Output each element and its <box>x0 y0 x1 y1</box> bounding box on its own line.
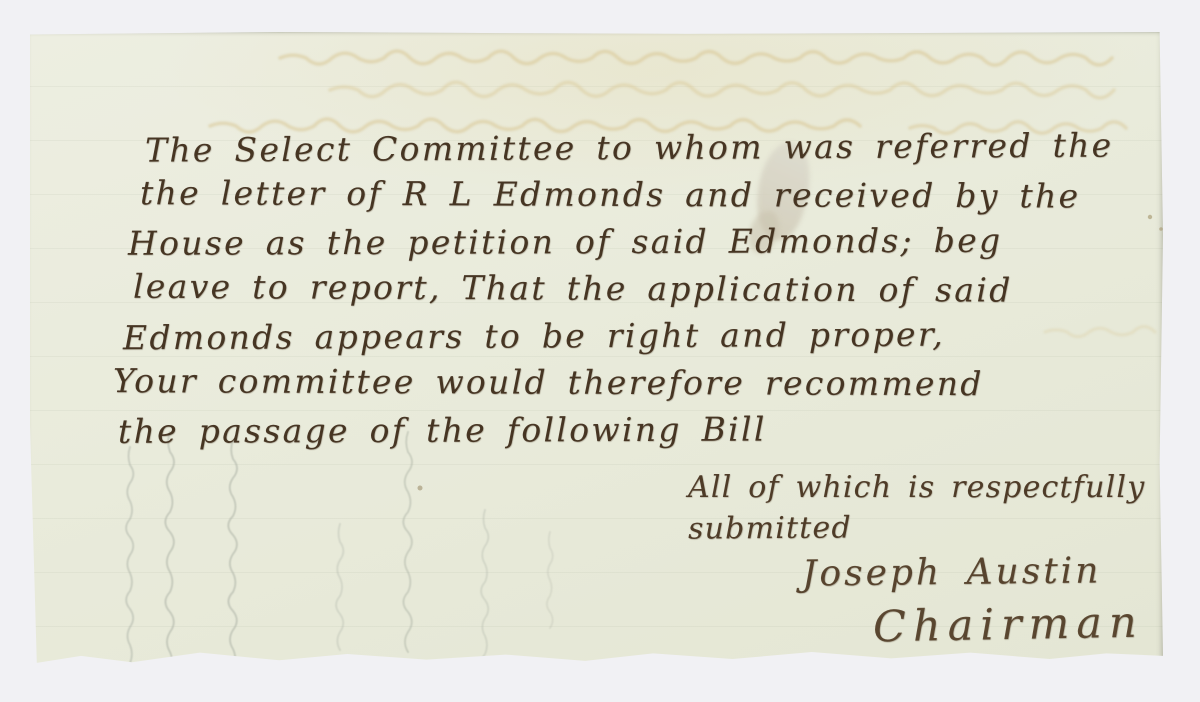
signature-title: Chairman <box>873 598 1144 653</box>
document-paper: The Select Committee to whom was referre… <box>30 32 1163 666</box>
letter-closing: All of which is respectfully submitted <box>688 468 1145 548</box>
scanned-document-background: The Select Committee to whom was referre… <box>0 0 1200 702</box>
handwritten-line: House as the petition of said Edmonds; b… <box>128 216 1163 267</box>
handwritten-line: the letter of R L Edmonds and received b… <box>140 169 1163 220</box>
letter-text: The Select Committee to whom was referre… <box>30 32 1163 666</box>
closing-line: All of which is respectfully <box>688 468 1145 508</box>
handwritten-line: leave to report, That the application of… <box>133 263 1163 314</box>
handwritten-line: Edmonds appears to be right and proper, <box>123 310 1163 362</box>
handwritten-line: The Select Committee to whom was referre… <box>145 121 1163 173</box>
handwritten-line: the passage of the following Bill <box>118 404 1163 455</box>
letter-body: The Select Committee to whom was referre… <box>30 124 1163 453</box>
handwritten-line: Your committee would therefore recommend <box>113 357 1163 408</box>
signature-name: Joseph Austin <box>802 550 1102 594</box>
closing-line: submitted <box>688 506 1146 549</box>
